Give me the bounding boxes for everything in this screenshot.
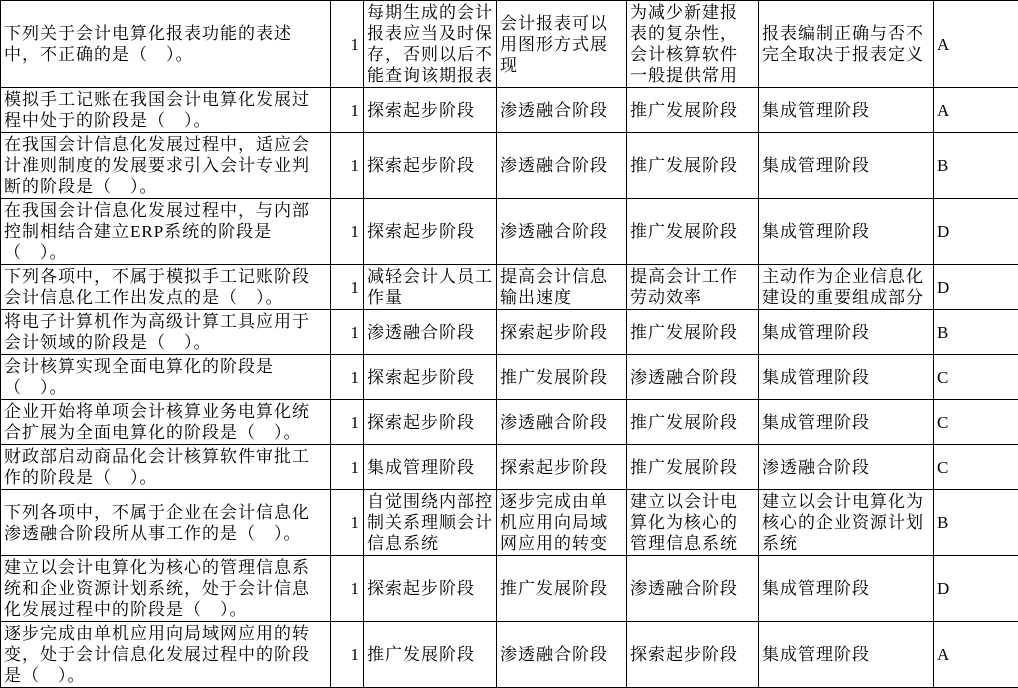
table-row: 企业开始将单项会计核算业务电算化统合扩展为全面电算化的阶段是（ ）。 1 探索起… xyxy=(1,400,1018,445)
score-cell: 1 xyxy=(331,265,364,310)
option-a-cell: 推广发展阶段 xyxy=(364,622,497,688)
answer-cell: C xyxy=(934,445,1018,490)
question-cell: 下列各项中，不属于模拟手工记账阶段会计信息化工作出发点的是（ ）。 xyxy=(1,265,331,310)
option-b-cell: 会计报表可以用图形方式展现 xyxy=(497,1,627,88)
option-c-cell: 探索起步阶段 xyxy=(627,622,759,688)
option-b-cell: 推广发展阶段 xyxy=(497,355,627,400)
answer-cell: B xyxy=(934,310,1018,355)
table-row: 将电子计算机作为高级计算工具应用于会计领域的阶段是（ ）。 1 渗透融合阶段 探… xyxy=(1,310,1018,355)
option-b-cell: 渗透融合阶段 xyxy=(497,622,627,688)
option-a-cell: 探索起步阶段 xyxy=(364,400,497,445)
option-b-cell: 渗透融合阶段 xyxy=(497,133,627,199)
score-cell: 1 xyxy=(331,445,364,490)
option-a-cell: 探索起步阶段 xyxy=(364,133,497,199)
option-d-cell: 集成管理阶段 xyxy=(759,622,934,688)
answer-cell: D xyxy=(934,265,1018,310)
option-a-cell: 集成管理阶段 xyxy=(364,445,497,490)
option-c-cell: 为减少新建报表的复杂性，会计核算软件一般提供常用 xyxy=(627,1,759,88)
answer-cell: A xyxy=(934,88,1018,133)
table-row: 下列关于会计电算化报表功能的表述中，不正确的是（ ）。 1 每期生成的会计报表应… xyxy=(1,1,1018,88)
option-c-cell: 建立以会计电算化为核心的管理信息系统 xyxy=(627,490,759,556)
option-a-cell: 渗透融合阶段 xyxy=(364,310,497,355)
table-row: 下列各项中，不属于模拟手工记账阶段会计信息化工作出发点的是（ ）。 1 减轻会计… xyxy=(1,265,1018,310)
option-c-cell: 推广发展阶段 xyxy=(627,133,759,199)
question-cell: 在我国会计信息化发展过程中，适应会计准则制度的发展要求引入会计专业判断的阶段是（… xyxy=(1,133,331,199)
option-a-cell: 探索起步阶段 xyxy=(364,355,497,400)
option-d-cell: 建立以会计电算化为核心的企业资源计划系统 xyxy=(759,490,934,556)
option-d-cell: 集成管理阶段 xyxy=(759,355,934,400)
option-b-cell: 渗透融合阶段 xyxy=(497,88,627,133)
option-d-cell: 报表编制正确与否不完全取决于报表定义 xyxy=(759,1,934,88)
option-c-cell: 推广发展阶段 xyxy=(627,445,759,490)
option-d-cell: 渗透融合阶段 xyxy=(759,445,934,490)
option-c-cell: 渗透融合阶段 xyxy=(627,355,759,400)
score-cell: 1 xyxy=(331,1,364,88)
score-cell: 1 xyxy=(331,622,364,688)
option-b-cell: 逐步完成由单机应用向局域网应用的转变 xyxy=(497,490,627,556)
score-cell: 1 xyxy=(331,133,364,199)
answer-cell: C xyxy=(934,355,1018,400)
question-cell: 下列各项中，不属于企业在会计信息化渗透融合阶段所从事工作的是（ ）。 xyxy=(1,490,331,556)
option-b-cell: 提高会计信息输出速度 xyxy=(497,265,627,310)
question-cell: 财政部启动商品化会计核算软件审批工作的阶段是（ ）。 xyxy=(1,445,331,490)
score-cell: 1 xyxy=(331,199,364,265)
option-d-cell: 集成管理阶段 xyxy=(759,310,934,355)
option-a-cell: 减轻会计人员工作量 xyxy=(364,265,497,310)
option-b-cell: 探索起步阶段 xyxy=(497,445,627,490)
answer-cell: A xyxy=(934,1,1018,88)
question-cell: 模拟手工记账在我国会计电算化发展过程中处于的阶段是（ ）。 xyxy=(1,88,331,133)
answer-cell: A xyxy=(934,622,1018,688)
answer-cell: D xyxy=(934,199,1018,265)
question-cell: 建立以会计电算化为核心的管理信息系统和企业资源计划系统，处于会计信息化发展过程中… xyxy=(1,556,331,622)
answer-cell: B xyxy=(934,490,1018,556)
table-row: 下列各项中，不属于企业在会计信息化渗透融合阶段所从事工作的是（ ）。 1 自觉围… xyxy=(1,490,1018,556)
score-cell: 1 xyxy=(331,88,364,133)
table-row: 在我国会计信息化发展过程中，适应会计准则制度的发展要求引入会计专业判断的阶段是（… xyxy=(1,133,1018,199)
option-d-cell: 主动作为企业信息化建设的重要组成部分 xyxy=(759,265,934,310)
table-row: 模拟手工记账在我国会计电算化发展过程中处于的阶段是（ ）。 1 探索起步阶段 渗… xyxy=(1,88,1018,133)
option-c-cell: 渗透融合阶段 xyxy=(627,556,759,622)
option-a-cell: 自觉围绕内部控制关系理顺会计信息系统 xyxy=(364,490,497,556)
option-b-cell: 探索起步阶段 xyxy=(497,310,627,355)
option-d-cell: 集成管理阶段 xyxy=(759,556,934,622)
table-row: 在我国会计信息化发展过程中，与内部控制相结合建立ERP系统的阶段是（ ）。 1 … xyxy=(1,199,1018,265)
question-cell: 将电子计算机作为高级计算工具应用于会计领域的阶段是（ ）。 xyxy=(1,310,331,355)
answer-cell: D xyxy=(934,556,1018,622)
option-a-cell: 探索起步阶段 xyxy=(364,556,497,622)
table-row: 财政部启动商品化会计核算软件审批工作的阶段是（ ）。 1 集成管理阶段 探索起步… xyxy=(1,445,1018,490)
option-c-cell: 推广发展阶段 xyxy=(627,199,759,265)
answer-cell: C xyxy=(934,400,1018,445)
question-cell: 企业开始将单项会计核算业务电算化统合扩展为全面电算化的阶段是（ ）。 xyxy=(1,400,331,445)
option-c-cell: 提高会计工作劳动效率 xyxy=(627,265,759,310)
table-row: 逐步完成由单机应用向局域网应用的转变，处于会计信息化发展过程中的阶段是（ ）。 … xyxy=(1,622,1018,688)
score-cell: 1 xyxy=(331,310,364,355)
question-cell: 在我国会计信息化发展过程中，与内部控制相结合建立ERP系统的阶段是（ ）。 xyxy=(1,199,331,265)
answer-cell: B xyxy=(934,133,1018,199)
question-table: 下列关于会计电算化报表功能的表述中，不正确的是（ ）。 1 每期生成的会计报表应… xyxy=(0,0,1018,688)
table-row: 会计核算实现全面电算化的阶段是（ ）。 1 探索起步阶段 推广发展阶段 渗透融合… xyxy=(1,355,1018,400)
score-cell: 1 xyxy=(331,400,364,445)
question-table-body: 下列关于会计电算化报表功能的表述中，不正确的是（ ）。 1 每期生成的会计报表应… xyxy=(1,1,1018,688)
score-cell: 1 xyxy=(331,490,364,556)
table-row: 建立以会计电算化为核心的管理信息系统和企业资源计划系统，处于会计信息化发展过程中… xyxy=(1,556,1018,622)
option-c-cell: 推广发展阶段 xyxy=(627,400,759,445)
question-cell: 会计核算实现全面电算化的阶段是（ ）。 xyxy=(1,355,331,400)
score-cell: 1 xyxy=(331,556,364,622)
option-d-cell: 集成管理阶段 xyxy=(759,199,934,265)
option-b-cell: 渗透融合阶段 xyxy=(497,199,627,265)
option-c-cell: 推广发展阶段 xyxy=(627,88,759,133)
option-b-cell: 推广发展阶段 xyxy=(497,556,627,622)
option-b-cell: 渗透融合阶段 xyxy=(497,400,627,445)
score-cell: 1 xyxy=(331,355,364,400)
question-cell: 逐步完成由单机应用向局域网应用的转变，处于会计信息化发展过程中的阶段是（ ）。 xyxy=(1,622,331,688)
question-cell: 下列关于会计电算化报表功能的表述中，不正确的是（ ）。 xyxy=(1,1,331,88)
option-d-cell: 集成管理阶段 xyxy=(759,88,934,133)
option-a-cell: 探索起步阶段 xyxy=(364,199,497,265)
option-a-cell: 每期生成的会计报表应当及时保存，否则以后不能查询该期报表 xyxy=(364,1,497,88)
option-d-cell: 集成管理阶段 xyxy=(759,400,934,445)
option-d-cell: 集成管理阶段 xyxy=(759,133,934,199)
option-a-cell: 探索起步阶段 xyxy=(364,88,497,133)
option-c-cell: 推广发展阶段 xyxy=(627,310,759,355)
